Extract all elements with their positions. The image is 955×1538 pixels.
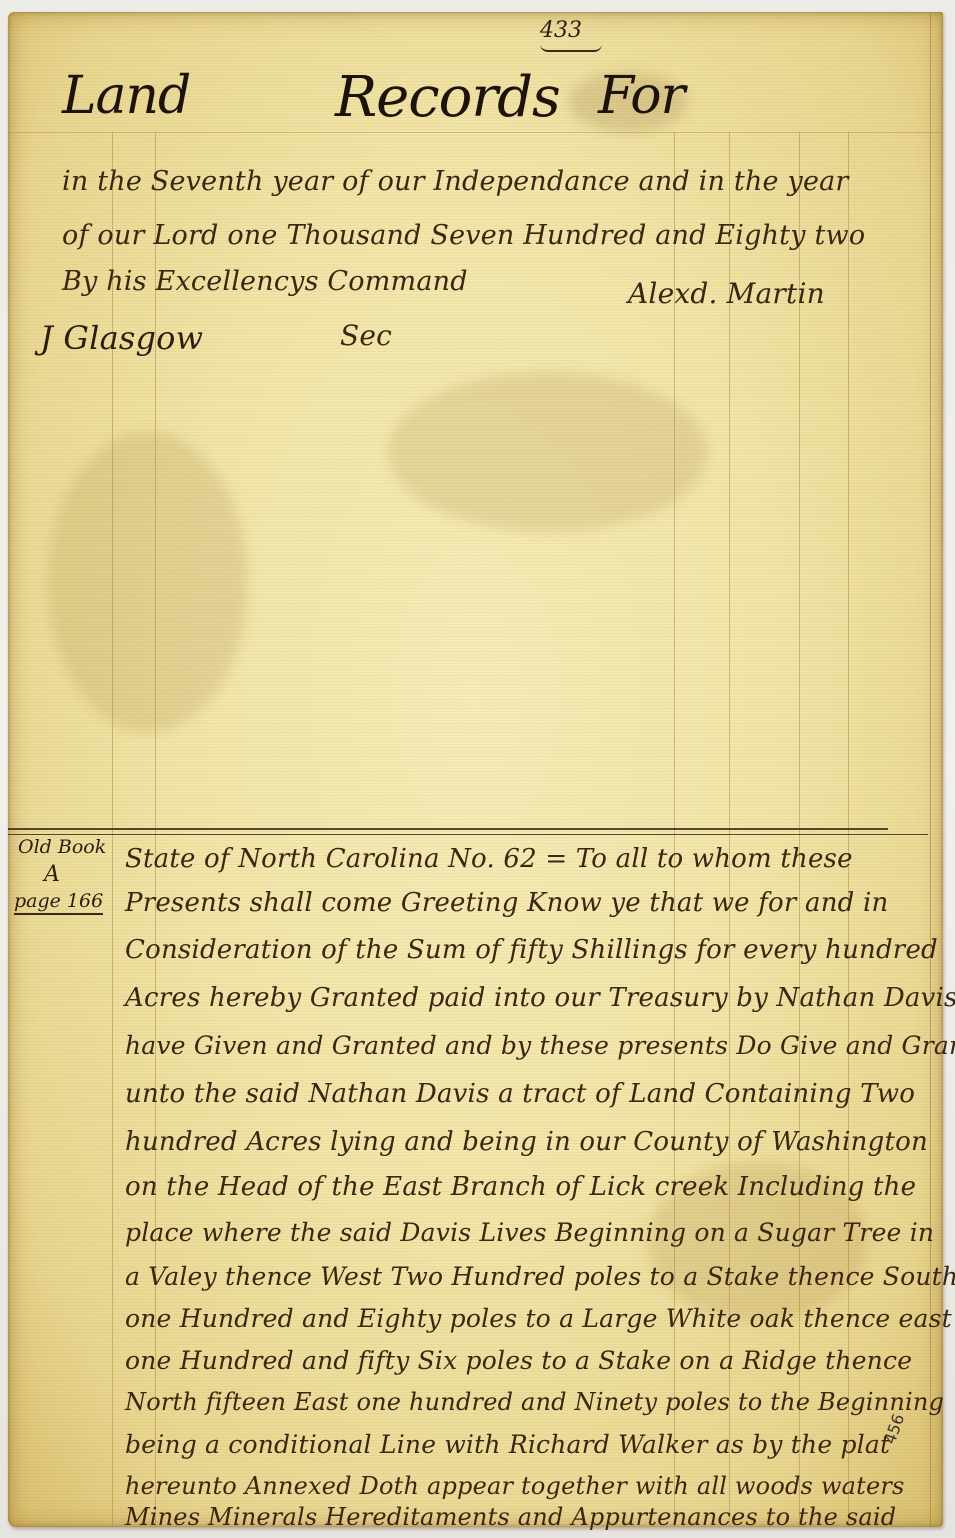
grant-line: have Given and Granted and by these pres…: [125, 1033, 955, 1058]
grant-line: one Hundred and fifty Six poles to a Sta…: [125, 1348, 912, 1373]
header-line: of our Lord one Thousand Seven Hundred a…: [62, 222, 865, 249]
margin-note-volume: A: [44, 864, 60, 886]
grant-line: hundred Acres lying and being in our Cou…: [125, 1129, 928, 1155]
governor-signature: Alexd. Martin: [628, 280, 825, 308]
header-line: in the Seventh year of our Independance …: [62, 168, 849, 195]
grant-line: a Valey thence West Two Hundred poles to…: [125, 1264, 955, 1289]
page-number: 433: [540, 18, 582, 43]
grant-line: Mines Minerals Hereditaments and Appurte…: [125, 1505, 896, 1529]
section-divider: [8, 828, 888, 830]
title-word-records: Records: [335, 70, 560, 126]
margin-note-page: page 166: [14, 892, 103, 915]
grant-line: Acres hereby Granted paid into our Treas…: [125, 985, 955, 1011]
grant-line: place where the said Davis Lives Beginni…: [125, 1220, 934, 1245]
grant-line: Presents shall come Greeting Know ye tha…: [125, 890, 888, 916]
secretary-signature: J Glasgow: [40, 322, 203, 354]
secretary-title: Sec: [340, 322, 392, 350]
grant-line: hereunto Annexed Doth appear together wi…: [125, 1474, 905, 1498]
title-word-land: Land: [62, 70, 190, 122]
paper-stain: [388, 372, 708, 532]
grant-line: State of North Carolina No. 62 = To all …: [125, 846, 853, 872]
grant-line: unto the said Nathan Davis a tract of La…: [125, 1081, 915, 1107]
paper-stain: [48, 432, 248, 732]
section-divider: [8, 834, 928, 835]
header-line: By his Excellencys Command: [62, 268, 468, 295]
title-rule: [8, 132, 943, 133]
page-number-underline: [540, 44, 602, 52]
grant-line: North fifteen East one hundred and Ninet…: [125, 1390, 944, 1414]
title-word-for: For: [598, 70, 684, 122]
ruled-column-line: [930, 12, 931, 1527]
grant-line: Consideration of the Sum of fifty Shilli…: [125, 937, 938, 963]
grant-line: one Hundred and Eighty poles to a Large …: [125, 1306, 952, 1331]
margin-note-book: Old Book: [18, 838, 106, 857]
grant-line: on the Head of the East Branch of Lick c…: [125, 1174, 916, 1200]
grant-line: being a conditional Line with Richard Wa…: [125, 1432, 890, 1457]
